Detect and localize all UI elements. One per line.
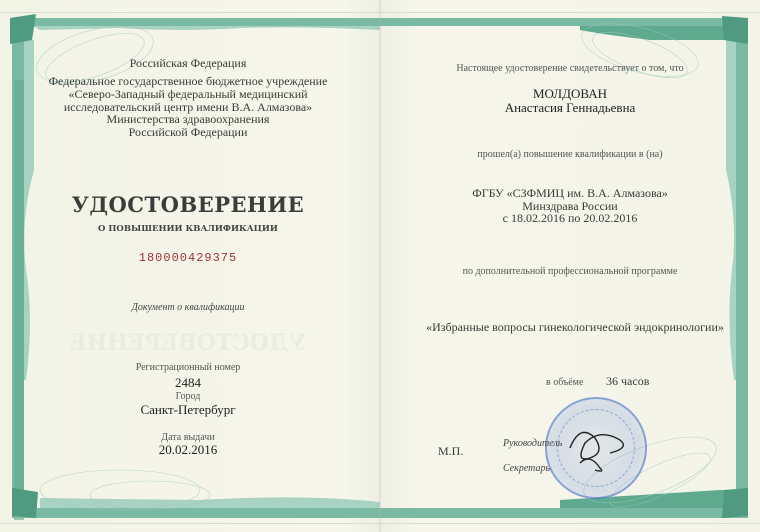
volume-label: в объёме <box>546 377 583 388</box>
document-subtitle: О ПОВЫШЕНИИ КВАЛИФИКАЦИИ <box>40 224 336 234</box>
country-label: Российская Федерация <box>60 56 316 71</box>
program-label: по дополнительной профессиональной прогр… <box>420 266 720 277</box>
secretary-label: Секретарь <box>503 463 550 474</box>
holder-given-names: Анастасия Геннадьевна <box>420 100 720 116</box>
head-label: Руководитель <box>503 438 562 449</box>
city-label: Город <box>40 391 336 402</box>
reg-number-value: 2484 <box>40 375 336 391</box>
reg-number-label: Регистрационный номер <box>40 362 336 373</box>
program-title: «Избранные вопросы гинекологической эндо… <box>410 320 740 335</box>
ghost-title-bleedthrough: УДОСТОВЕРЕНИЕ <box>60 330 316 356</box>
institution-line-5: Российской Федерации <box>40 125 336 140</box>
certifies-text: Настоящее удостоверение свидетельствует … <box>420 63 720 74</box>
training-dates: с 18.02.2016 по 20.02.2016 <box>420 211 720 226</box>
document-type: Документ о квалификации <box>40 302 336 313</box>
signature <box>560 418 640 478</box>
page-fold <box>378 0 382 532</box>
city-value: Санкт-Петербург <box>40 402 336 418</box>
document-title: УДОСТОВЕРЕНИЕ <box>40 192 336 217</box>
volume-value: 36 часов <box>606 374 649 389</box>
certificate-spread: Российская Федерация Федеральное государ… <box>0 0 760 532</box>
completed-text: прошел(а) повышение квалификации в (на) <box>420 149 720 160</box>
issue-date-value: 20.02.2016 <box>40 442 336 458</box>
seal-place-label: М.П. <box>438 444 463 459</box>
serial-number: 180000429375 <box>40 251 336 265</box>
